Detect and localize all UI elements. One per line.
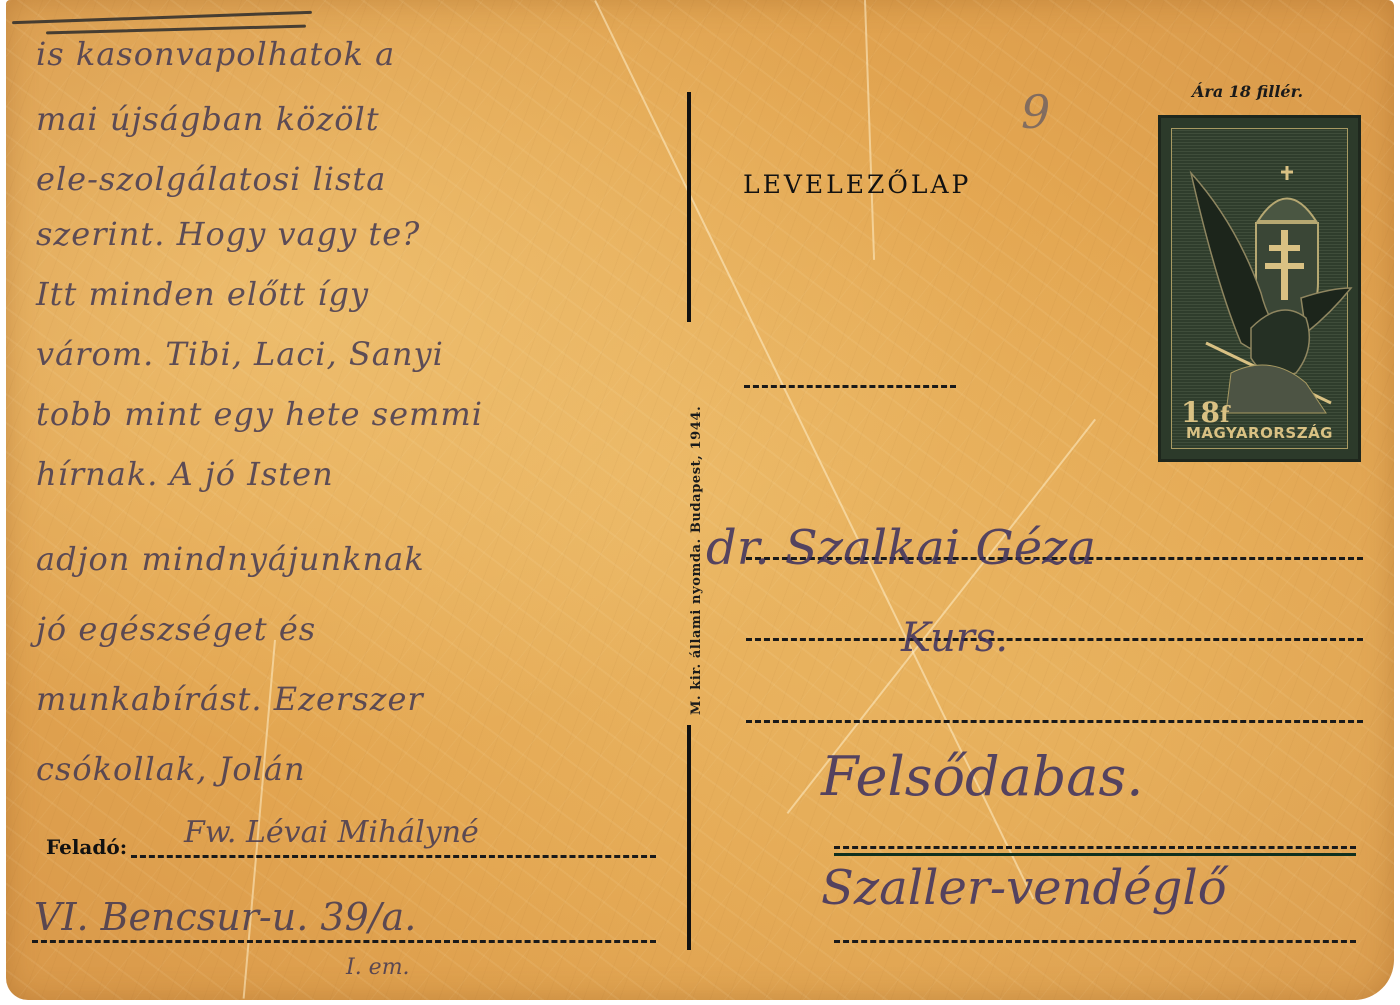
sender-name: Fw. Lévai Mihályné — [184, 815, 479, 850]
divider-line — [687, 92, 691, 322]
pencil-strike — [12, 11, 312, 24]
message-line: hírnak. A jó Isten — [36, 455, 334, 493]
pencil-strike — [46, 25, 306, 35]
printer-imprint: M. kir. állami nyomda. Budapest, 1944. — [689, 406, 704, 715]
message-line: szerint. Hogy vagy te? — [36, 215, 420, 253]
stamp-country: MAGYARORSZÁG — [1173, 424, 1346, 442]
pencil-mark: 9 — [1021, 85, 1050, 139]
divider-line — [687, 725, 691, 950]
message-line: mai újságban közölt — [36, 100, 380, 138]
message-line: jó egészséget és — [36, 610, 316, 648]
sender-address: VI. Bencsur-u. 39/a. — [34, 895, 416, 939]
message-line: munkabírást. Ezerszer — [36, 680, 424, 718]
address-solid-line — [834, 853, 1356, 856]
postcard-title: LEVELEZŐLAP — [743, 170, 971, 199]
address-dotted-line — [744, 385, 956, 388]
message-line: Itt minden előtt így — [36, 275, 369, 313]
postage-stamp: 18f MAGYARORSZÁG — [1158, 115, 1361, 462]
address-dotted-line — [834, 940, 1356, 943]
message-line: várom. Tibi, Laci, Sanyi — [36, 335, 444, 373]
paper-crease — [864, 0, 875, 260]
sender-extra: I. em. — [346, 955, 410, 980]
recipient-place: Szaller-vendéglő — [821, 860, 1227, 916]
sender-label: Feladó: — [46, 835, 127, 859]
message-line: is kasonvapolhatok a — [36, 35, 395, 73]
recipient-name: dr. Szalkai Géza — [706, 520, 1096, 576]
address-dotted-line — [746, 638, 1363, 641]
message-line: tobb mint egy hete semmi — [36, 395, 483, 433]
sender-dotted-line — [131, 855, 656, 858]
recipient-city: Felsődabas. — [821, 745, 1143, 808]
price-label: Ára 18 fillér. — [1192, 82, 1303, 101]
message-line: adjon mindnyájunknak — [36, 540, 425, 578]
address-dotted-line — [834, 846, 1356, 849]
postcard: is kasonvapolhatok a mai újságban közölt… — [6, 0, 1394, 1000]
sender-address-dotted-line — [32, 940, 656, 943]
message-line: csókollak, Jolán — [36, 750, 306, 788]
address-dotted-line — [746, 720, 1363, 723]
message-line: ele-szolgálatosi lista — [36, 160, 386, 198]
recipient-title: Kurs. — [901, 615, 1008, 661]
